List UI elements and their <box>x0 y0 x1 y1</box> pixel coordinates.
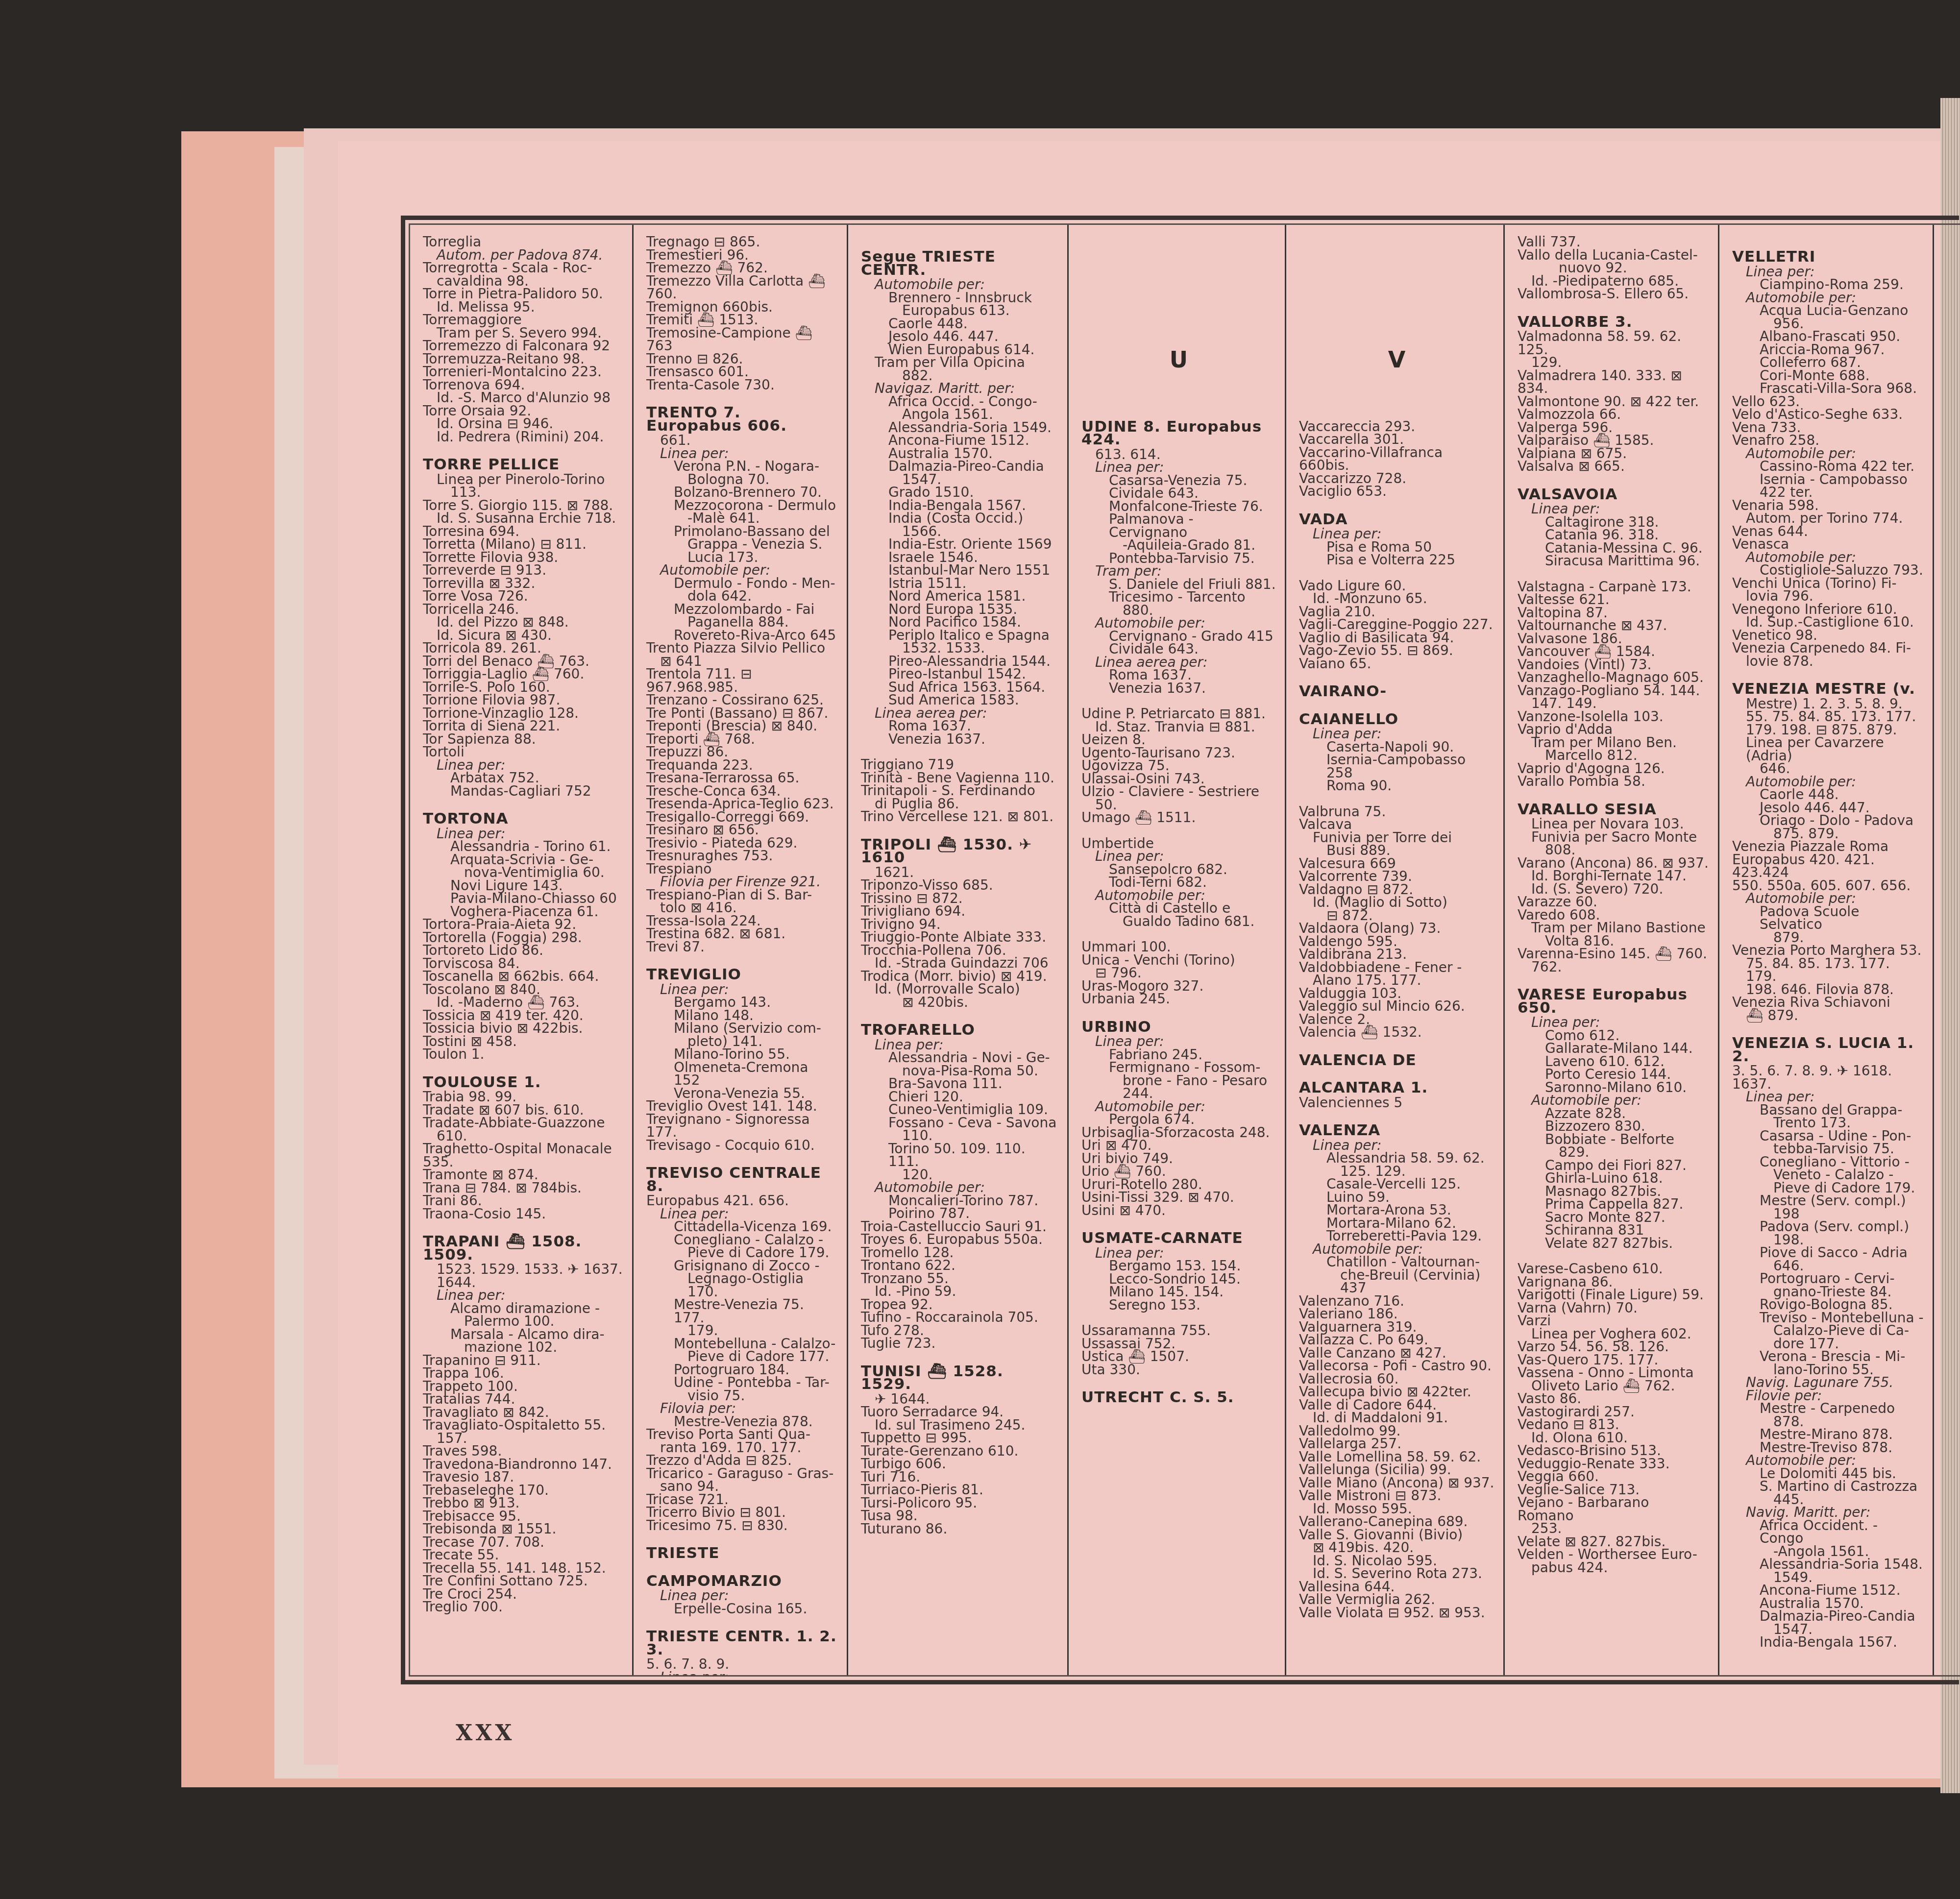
index-table: TorregliaAutom. per Padova 874.Torregrot… <box>409 223 1960 1677</box>
index-heading: UDINE 8. Europabus 424. <box>1081 420 1276 446</box>
index-entry: Vaccarino-Villafranca 660bis. <box>1299 446 1494 472</box>
index-entry: Valsalva ⊠ 665. <box>1518 460 1709 473</box>
index-heading: TOULOUSE 1. <box>423 1076 623 1089</box>
section-letter-u: U <box>1081 353 1276 366</box>
index-heading: VALSAVOIA <box>1518 488 1709 501</box>
index-entry: Seregno 153. <box>1081 1299 1276 1312</box>
index-entry: Gualdo Tadino 681. <box>1081 915 1276 928</box>
index-heading: TRIPOLI ⛴ 1530. ✈ 1610 <box>861 838 1058 864</box>
index-entry: Trevisago - Cocquio 610. <box>646 1139 838 1152</box>
index-entry: Valencia ⛴ 1532. <box>1299 1026 1494 1039</box>
index-entry: Trino Vercellese 121. ⊠ 801. <box>861 810 1058 824</box>
index-entry: 75. 84. 85. 173. 177. 179. <box>1732 957 1924 983</box>
index-heading: TRENTO 7. Europabus 606. <box>646 406 838 432</box>
index-entry: Roma 90. <box>1299 779 1494 793</box>
index-entry: Vallombrosa-S. Ellero 65. <box>1518 288 1709 301</box>
index-heading: USMATE-CARNATE <box>1081 1232 1276 1245</box>
index-heading: VENEZIA S. LUCIA 1. 2. <box>1732 1037 1924 1063</box>
index-entry: lovie 878. <box>1732 655 1924 668</box>
index-entry: Mestre-Venezia 75. 177. <box>646 1298 838 1324</box>
index-entry: Bobbiate - Belforte <box>1518 1133 1709 1146</box>
index-column-1: TorregliaAutom. per Padova 874.Torregrot… <box>410 225 634 1675</box>
index-heading: TORRE PELLICE <box>423 458 623 471</box>
index-entry: Erpelle-Cosina 165. <box>646 1603 838 1616</box>
index-entry: S. Martino di Castrozza <box>1732 1480 1924 1493</box>
index-entry: Valmadrera 140. 333. ⊠ 834. <box>1518 369 1709 395</box>
index-entry: Trentola 711. ⊟ 967.968.985. <box>646 668 838 694</box>
index-heading: VELLETRI <box>1732 250 1924 264</box>
index-column-2: Tregnago ⊟ 865.Tremestieri 96.Tremezzo ⛴… <box>634 225 848 1675</box>
index-entry: pabus 424. <box>1518 1561 1709 1575</box>
index-entry: Tram per Villa Opicina <box>861 356 1058 369</box>
index-entry: Uta 330. <box>1081 1363 1276 1377</box>
index-entry: Acqua Lucia-Genzano <box>1732 304 1924 317</box>
index-heading: VAIRANO- <box>1299 685 1494 698</box>
index-heading: TREVISO CENTRALE 8. <box>646 1167 838 1193</box>
index-entry: India-Bengala 1567. <box>1732 1636 1924 1649</box>
index-entry: ⊠ 420bis. <box>861 996 1058 1009</box>
index-entry: Linea per: <box>646 1671 838 1676</box>
index-entry: Dalmazia-Pireo-Candia <box>861 460 1058 473</box>
index-entry: Trevignano - Signoressa 177. <box>646 1113 838 1139</box>
index-entry: Europabus 420. 421. 423.424 <box>1732 853 1924 879</box>
index-entry: Vaciglio 653. <box>1299 485 1494 498</box>
index-entry: Tuglie 723. <box>861 1337 1058 1350</box>
index-heading: URBINO <box>1081 1021 1276 1034</box>
index-entry: Vejano - Barbarano Romano <box>1518 1496 1709 1522</box>
index-entry: Valmadonna 58. 59. 62. 125. <box>1518 330 1709 356</box>
index-heading: TRAPANI ⛴ 1508. 1509. <box>423 1235 623 1261</box>
page-number: XXX <box>456 1721 514 1746</box>
index-heading: TROFARELLO <box>861 1023 1058 1037</box>
index-heading: TORTONA <box>423 812 623 826</box>
index-entry: che-Breuil (Cervinia) <box>1299 1269 1494 1282</box>
index-entry: Palmanova - Cervignano <box>1081 513 1276 539</box>
index-heading: VALENZA <box>1299 1124 1494 1137</box>
index-entry: Tremosine-Campione ⛴ 763 <box>646 327 838 353</box>
index-entry: Dalmazia-Pireo-Candia <box>1732 1610 1924 1623</box>
index-entry: Treglio 700. <box>423 1601 623 1614</box>
index-entry: Tricesimo 75. ⊟ 830. <box>646 1519 838 1533</box>
index-entry: Linea per Cavarzere (Adria) <box>1732 736 1924 762</box>
index-heading: VALENCIA DE <box>1299 1054 1494 1067</box>
index-entry: Olmeneta-Cremona 152 <box>646 1061 838 1087</box>
index-entry: Torino 50. 109. 110. 111. <box>861 1143 1058 1169</box>
index-entry: Toulon 1. <box>423 1048 623 1061</box>
index-heading: CAIANELLO <box>1299 713 1494 726</box>
index-entry: Siracusa Marittima 96. <box>1518 555 1709 568</box>
index-entry: Trevi 87. <box>646 941 838 954</box>
index-entry: ⛴ 879. <box>1732 1009 1924 1023</box>
index-heading: ALCANTARA 1. <box>1299 1081 1494 1095</box>
index-heading: VENEZIA MESTRE (v. <box>1732 682 1924 696</box>
index-entry: India (Costa Occid.) <box>861 512 1058 525</box>
index-entry: Usini ⊠ 470. <box>1081 1204 1276 1217</box>
index-entry: Legnago-Ostiglia 170. <box>646 1272 838 1298</box>
index-entry: Pisa e Volterra 225 <box>1299 554 1494 567</box>
section-letter-v: V <box>1299 353 1494 366</box>
index-entry: Varallo Pombia 58. <box>1518 775 1709 788</box>
index-column-6: Valli 737.Vallo della Lucania-Castel-nuo… <box>1505 225 1719 1675</box>
index-entry: Piove di Sacco - Adria <box>1732 1246 1924 1260</box>
index-entry: Venezia 1637. <box>1081 682 1276 695</box>
index-heading: Segue TRIESTE CENTR. <box>861 250 1058 276</box>
index-entry: Padova Scuole Selvatico <box>1732 905 1924 931</box>
index-entry: Velate 827 827bis. <box>1518 1237 1709 1250</box>
index-heading: VALLORBE 3. <box>1518 316 1709 329</box>
index-entry: Vaiano 65. <box>1299 657 1494 671</box>
index-column-3: Segue TRIESTE CENTR.Automobile per:Brenn… <box>848 225 1069 1675</box>
index-entry: Tricesimo - Tarcento <box>1081 591 1276 604</box>
index-column-4-u: U UDINE 8. Europabus 424.613. 614.Linea … <box>1069 225 1286 1675</box>
index-entry: Alessandria-Soria 1548. <box>1732 1558 1924 1571</box>
index-heading: VADA <box>1299 513 1494 526</box>
index-entry: Venezia 1637. <box>861 733 1058 746</box>
index-entry: Valenciennes 5 <box>1299 1096 1494 1110</box>
index-heading: TRIESTE CENTR. 1. 2. 3. <box>646 1630 838 1656</box>
index-entry: Umago ⛴ 1511. <box>1081 811 1276 825</box>
index-heading: CAMPOMARZIO <box>646 1575 838 1588</box>
index-column-5-v: V Vaccareccia 293.Vaccarella 301.Vaccari… <box>1286 225 1505 1675</box>
index-entry: Mestre (Serv. compl.) <box>1732 1194 1924 1208</box>
index-entry: Tremezzo Villa Carlotta ⛴ 760. <box>646 275 838 301</box>
index-entry: Urbania 245. <box>1081 993 1276 1006</box>
index-entry: Fossano - Ceva - Savona <box>861 1117 1058 1130</box>
index-column-7: VELLETRILinea per:Ciampino-Roma 259.Auto… <box>1719 225 1934 1675</box>
index-entry: Traona-Cosio 145. <box>423 1208 623 1221</box>
index-heading: TREVIGLIO <box>646 968 838 981</box>
index-entry: Mandas-Cagliari 752 <box>423 785 623 798</box>
index-entry: 762. <box>1518 961 1709 974</box>
index-heading: TUNISI ⛴ 1528. 1529. <box>861 1365 1058 1391</box>
index-entry: Padova (Serv. compl.) <box>1732 1220 1924 1234</box>
index-entry: Id. Pedrera (Rimini) 204. <box>423 431 623 444</box>
index-entry: Valle Violata ⊟ 952. ⊠ 953. <box>1299 1607 1494 1620</box>
index-entry: Traghetto-Ospital Monacale 535. <box>423 1143 623 1169</box>
index-entry: Mestre - Carpenedo <box>1732 1402 1924 1415</box>
index-entry: Africa Occident. - Congo <box>1732 1519 1924 1545</box>
index-heading: VARALLO SESIA <box>1518 803 1709 816</box>
index-entry: Isernia-Campobasso 258 <box>1299 754 1494 779</box>
index-entry: Trenta-Casole 730. <box>646 379 838 392</box>
index-heading: TRIESTE <box>646 1547 838 1560</box>
index-heading: VARESE Europabus 650. <box>1518 988 1709 1014</box>
index-heading: UTRECHT C. S. 5. <box>1081 1391 1276 1404</box>
index-entry: Tuturano 86. <box>861 1523 1058 1536</box>
index-entry: brone - Fano - Pesaro <box>1081 1074 1276 1088</box>
